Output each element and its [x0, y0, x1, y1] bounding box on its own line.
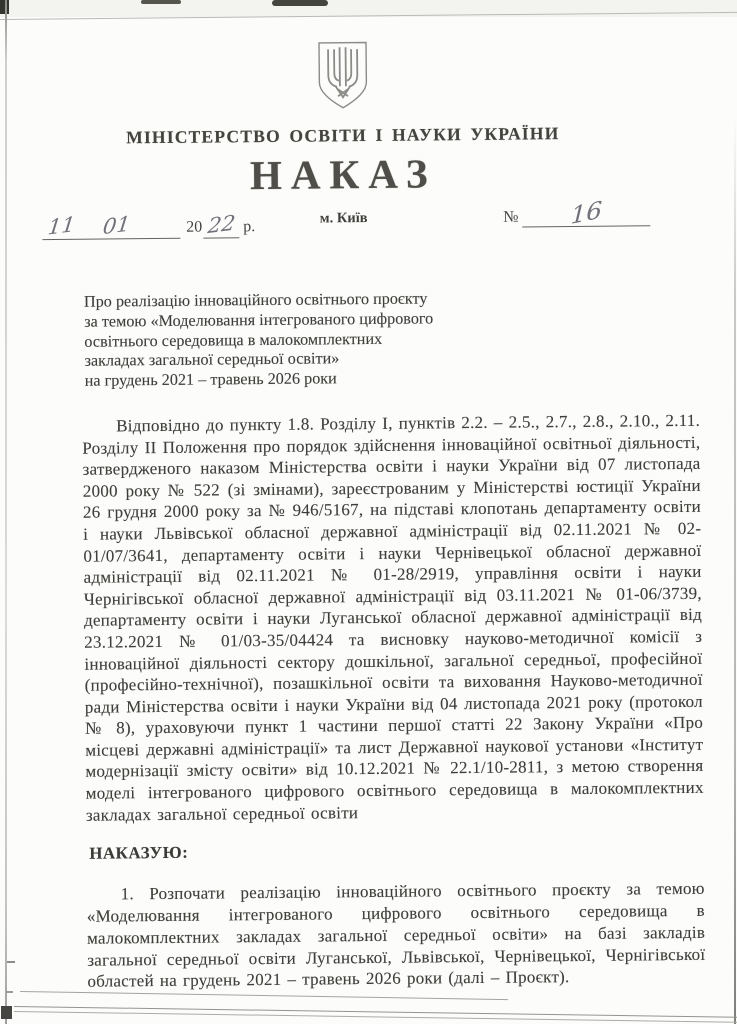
number-sign: № [503, 209, 518, 226]
handwritten-number: 16 [570, 203, 602, 223]
handwritten-day: 11 [47, 217, 76, 234]
decree-heading: НАКАЗУЮ: [89, 838, 737, 864]
subject-line: на грудень 2021 – травень 2026 роки [85, 368, 515, 392]
order-item-1: 1. Розпочати реалізацію інноваційного ос… [87, 878, 706, 993]
handwritten-month: 01 [102, 217, 131, 234]
order-preamble: Відповідно до пункту 1.8. Розділу I, пун… [82, 410, 704, 826]
date-underline: 1101 [42, 218, 180, 240]
year-underline: 22 [203, 217, 239, 238]
order-subject: Про реалізацію інноваційного освітнього … [84, 289, 515, 392]
document-header: МІНІСТЕРСТВО ОСВІТИ І НАУКИ УКРАЇНИ НАКА… [0, 37, 712, 202]
year-suffix: р. [243, 218, 255, 235]
ukraine-trident-icon [0, 37, 711, 119]
date-number-row: м. Київ 11012022р. № 16 [0, 196, 735, 259]
year-century-printed: 20 [186, 219, 202, 236]
document-title: НАКАЗ [0, 147, 712, 202]
order-number-field: № 16 [503, 205, 650, 227]
date-field: 11012022р. [42, 217, 255, 240]
handwritten-year: 22 [207, 216, 236, 233]
number-underline: 16 [522, 205, 650, 227]
document-sheet: МІНІСТЕРСТВО ОСВІТИ І НАУКИ УКРАЇНИ НАКА… [0, 0, 737, 1024]
scanned-order-page: МІНІСТЕРСТВО ОСВІТИ І НАУКИ УКРАЇНИ НАКА… [0, 0, 737, 1024]
ministry-name: МІНІСТЕРСТВО ОСВІТИ І НАУКИ УКРАЇНИ [0, 122, 711, 150]
